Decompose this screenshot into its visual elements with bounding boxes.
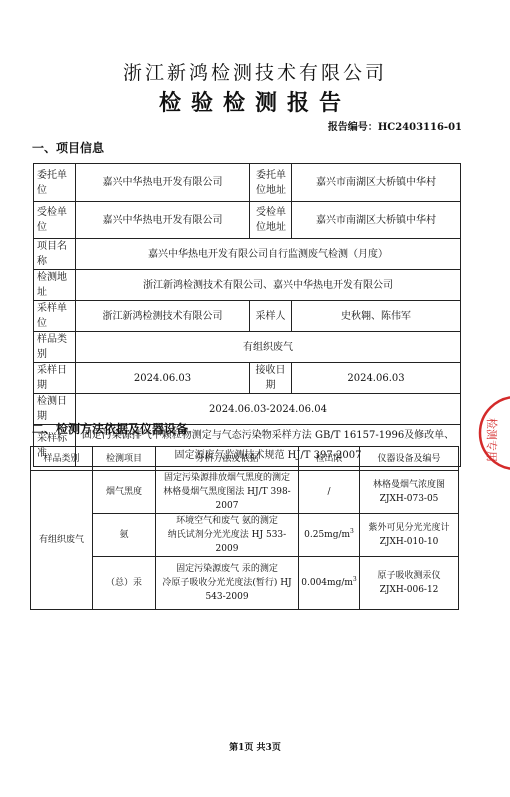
limit-value: 0.25mg/m (304, 530, 350, 540)
method-line: 冷原子吸收分光光度法(暂行) HJ (158, 576, 296, 590)
report-number-label: 报告编号： (328, 122, 378, 133)
detection-limit-cell: 0.004mg/m3 (299, 557, 360, 610)
receive-date-value: 2024.06.03 (292, 363, 461, 394)
client-value: 嘉兴中华热电开发有限公司 (76, 164, 250, 202)
test-site-label: 检测地址 (34, 270, 76, 301)
inspected-unit-value: 嘉兴中华热电开发有限公司 (76, 202, 250, 239)
sampling-org-label: 采样单位 (34, 301, 76, 332)
project-name-value: 嘉兴中华热电开发有限公司自行监测废气检测（月度） (76, 239, 461, 270)
sampling-org-value: 浙江新鸿检测技术有限公司 (76, 301, 250, 332)
company-name: 浙江新鸿检测技术有限公司 (0, 58, 510, 85)
sample-type-value: 有组织废气 (76, 332, 461, 363)
page-number: 第1页 共3页 (0, 740, 510, 753)
instrument-cell: 紫外可见分光光度计 ZJXH-010-10 (360, 514, 459, 557)
instrument-name: 紫外可见分光光度计 (362, 521, 456, 535)
project-name-label: 项目名称 (34, 239, 76, 270)
inspected-address-label: 受检单位地址 (250, 202, 292, 239)
client-address-label: 委托单位地址 (250, 164, 292, 202)
header-test-item: 检测项目 (93, 447, 156, 471)
limit-value: 0.004mg/m (301, 578, 353, 588)
table-row: 样品类别 有组织废气 (34, 332, 461, 363)
header-sample-category: 样品类别 (31, 447, 93, 471)
method-cell: 固定污染源排放烟气黑度的测定 林格曼烟气黑度图法 HJ/T 398-2007 (156, 471, 299, 514)
test-site-value: 浙江新鸿检测技术有限公司、嘉兴中华热电开发有限公司 (76, 270, 461, 301)
table-row: 检测地址 浙江新鸿检测技术有限公司、嘉兴中华热电开发有限公司 (34, 270, 461, 301)
instrument-cell: 原子吸收测汞仪 ZJXH-006-12 (360, 557, 459, 610)
table-row: 项目名称 嘉兴中华热电开发有限公司自行监测废气检测（月度） (34, 239, 461, 270)
document-title: 检验检测报告 (0, 86, 510, 117)
detection-limit-cell: / (299, 471, 360, 514)
client-address-value: 嘉兴市南湖区大桥镇中华村 (292, 164, 461, 202)
official-seal-icon: 检测专用 (476, 388, 510, 478)
table-row: 采样单位 浙江新鸿检测技术有限公司 采样人 史秋翱、陈伟军 (34, 301, 461, 332)
inspected-unit-label: 受检单位 (34, 202, 76, 239)
instrument-id: ZJXH-006-12 (362, 583, 456, 597)
sampler-value: 史秋翱、陈伟军 (292, 301, 461, 332)
table-row: 氨 环境空气和废气 氨的测定 纳氏试剂分光光度法 HJ 533-2009 0.2… (31, 514, 459, 557)
table-header-row: 样品类别 检测项目 分析方法及依据 检出限 仪器设备及编号 (31, 447, 459, 471)
method-cell: 环境空气和废气 氨的测定 纳氏试剂分光光度法 HJ 533-2009 (156, 514, 299, 557)
test-item-cell: 氨 (93, 514, 156, 557)
test-item-cell: 烟气黑度 (93, 471, 156, 514)
svg-text:检测专用: 检测专用 (485, 418, 499, 462)
sampling-date-value: 2024.06.03 (76, 363, 250, 394)
table-row: 有组织废气 烟气黑度 固定污染源排放烟气黑度的测定 林格曼烟气黑度图法 HJ/T… (31, 471, 459, 514)
section-project-info-title: 一、项目信息 (32, 139, 104, 156)
header-instrument: 仪器设备及编号 (360, 447, 459, 471)
sample-category-cell: 有组织废气 (31, 471, 93, 610)
report-number-value: HC2403116-01 (378, 122, 462, 133)
sampling-date-label: 采样日期 (34, 363, 76, 394)
test-item-cell: （总）汞 (93, 557, 156, 610)
instrument-id: ZJXH-010-10 (362, 535, 456, 549)
instrument-name: 林格曼烟气浓度图 (362, 478, 456, 492)
table-row: 委托单位 嘉兴中华热电开发有限公司 委托单位地址 嘉兴市南湖区大桥镇中华村 (34, 164, 461, 202)
header-method: 分析方法及依据 (156, 447, 299, 471)
section-methods-title: 二、检测方法依据及仪器设备 (32, 420, 188, 437)
table-row: 受检单位 嘉兴中华热电开发有限公司 受检单位地址 嘉兴市南湖区大桥镇中华村 (34, 202, 461, 239)
method-line: 固定污染源废气 汞的测定 (158, 562, 296, 576)
report-number: 报告编号：HC2403116-01 (328, 118, 462, 133)
method-line: 环境空气和废气 氨的测定 (158, 514, 296, 528)
method-line: 543-2009 (158, 590, 296, 604)
method-cell: 固定污染源废气 汞的测定 冷原子吸收分光光度法(暂行) HJ 543-2009 (156, 557, 299, 610)
limit-unit-superscript: 3 (350, 528, 354, 535)
client-label: 委托单位 (34, 164, 76, 202)
table-row: （总）汞 固定污染源废气 汞的测定 冷原子吸收分光光度法(暂行) HJ 543-… (31, 557, 459, 610)
limit-value: / (327, 487, 330, 497)
table-row: 采样日期 2024.06.03 接收日期 2024.06.03 (34, 363, 461, 394)
method-line: 林格曼烟气黑度图法 HJ/T 398-2007 (158, 485, 296, 513)
sample-type-label: 样品类别 (34, 332, 76, 363)
detection-limit-cell: 0.25mg/m3 (299, 514, 360, 557)
method-line: 纳氏试剂分光光度法 HJ 533-2009 (158, 528, 296, 556)
instrument-cell: 林格曼烟气浓度图 ZJXH-073-05 (360, 471, 459, 514)
sampler-label: 采样人 (250, 301, 292, 332)
instrument-name: 原子吸收测汞仪 (362, 569, 456, 583)
receive-date-label: 接收日期 (250, 363, 292, 394)
limit-unit-superscript: 3 (353, 576, 357, 583)
header-detection-limit: 检出限 (299, 447, 360, 471)
method-line: 固定污染源排放烟气黑度的测定 (158, 471, 296, 485)
methods-table: 样品类别 检测项目 分析方法及依据 检出限 仪器设备及编号 有组织废气 烟气黑度… (30, 446, 459, 610)
instrument-id: ZJXH-073-05 (362, 492, 456, 506)
inspected-address-value: 嘉兴市南湖区大桥镇中华村 (292, 202, 461, 239)
